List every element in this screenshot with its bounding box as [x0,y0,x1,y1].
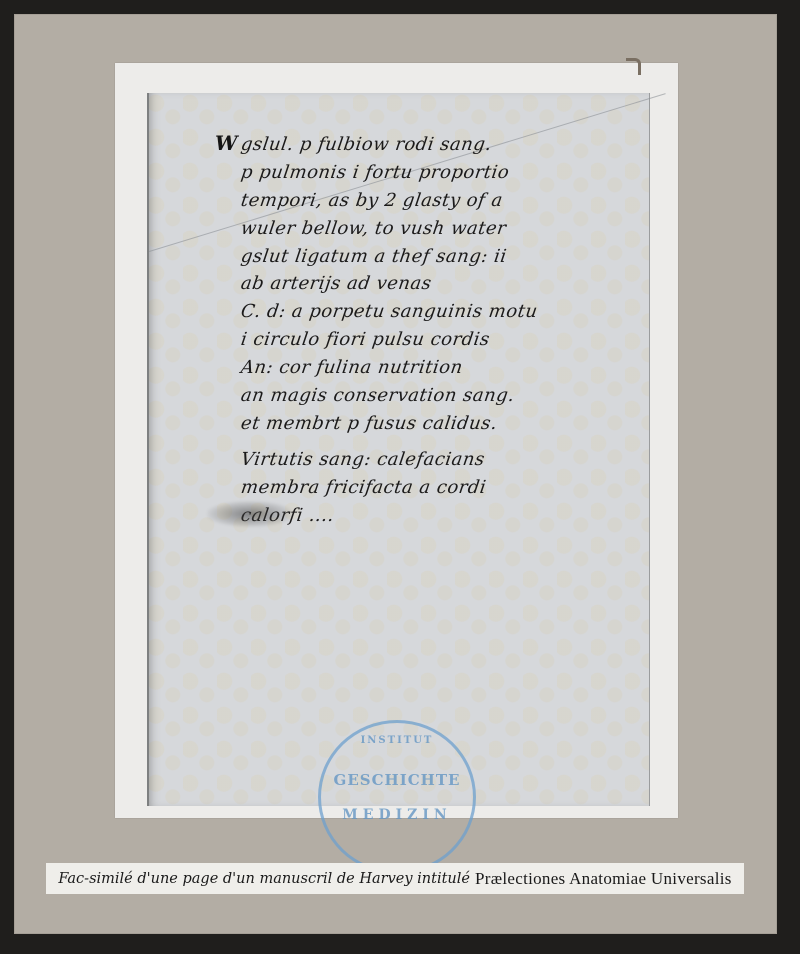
manuscript-line: wuler bellow, to vush water [239,215,643,243]
manuscript-line: An: cor fulina nutrition [239,354,643,382]
manuscript-line: et membrt p fusus calidus. [239,410,643,438]
caption-italic: Fac-similé d'une page d'un manuscril de … [58,871,470,887]
stamp-line-1: GESCHICHTE [321,771,473,789]
manuscript-line: i circulo fiori pulsu cordis [239,326,643,354]
manuscript-marker: W [215,131,237,155]
library-stamp: INSTITUT GESCHICHTE MEDIZIN [318,720,476,874]
manuscript-line: calorfi .... [239,502,643,530]
hinge-tab-mark [626,58,641,75]
manuscript-text: gslul. p fulbiow rodi sang. p pulmonis i… [241,131,641,529]
manuscript-line: Virtutis sang: calefacians [239,446,643,474]
caption-title: Prælectiones Anatomiae Universalis [475,869,732,889]
stamp-top-text: INSTITUT [321,735,473,746]
manuscript-line: an magis conservation sang. [239,382,643,410]
manuscript-line: p pulmonis i fortu proportio [239,159,643,187]
manuscript-line: gslul. p fulbiow rodi sang. [239,131,643,159]
manuscript-line: ab arterijs ad venas [239,270,643,298]
ink-smudge [207,501,293,527]
stamp-line-2: MEDIZIN [321,807,473,823]
manuscript-line: C. d: a porpetu sanguinis motu [239,298,643,326]
manuscript-page: W gslul. p fulbiow rodi sang. p pulmonis… [147,93,650,806]
manuscript-line: membra fricifacta a cordi [239,474,643,502]
caption-strip: Fac-similé d'une page d'un manuscril de … [46,863,744,894]
manuscript-line: tempori, as by 2 glasty of a [239,187,643,215]
manuscript-line: gslut ligatum a thef sang: ii [239,243,643,271]
